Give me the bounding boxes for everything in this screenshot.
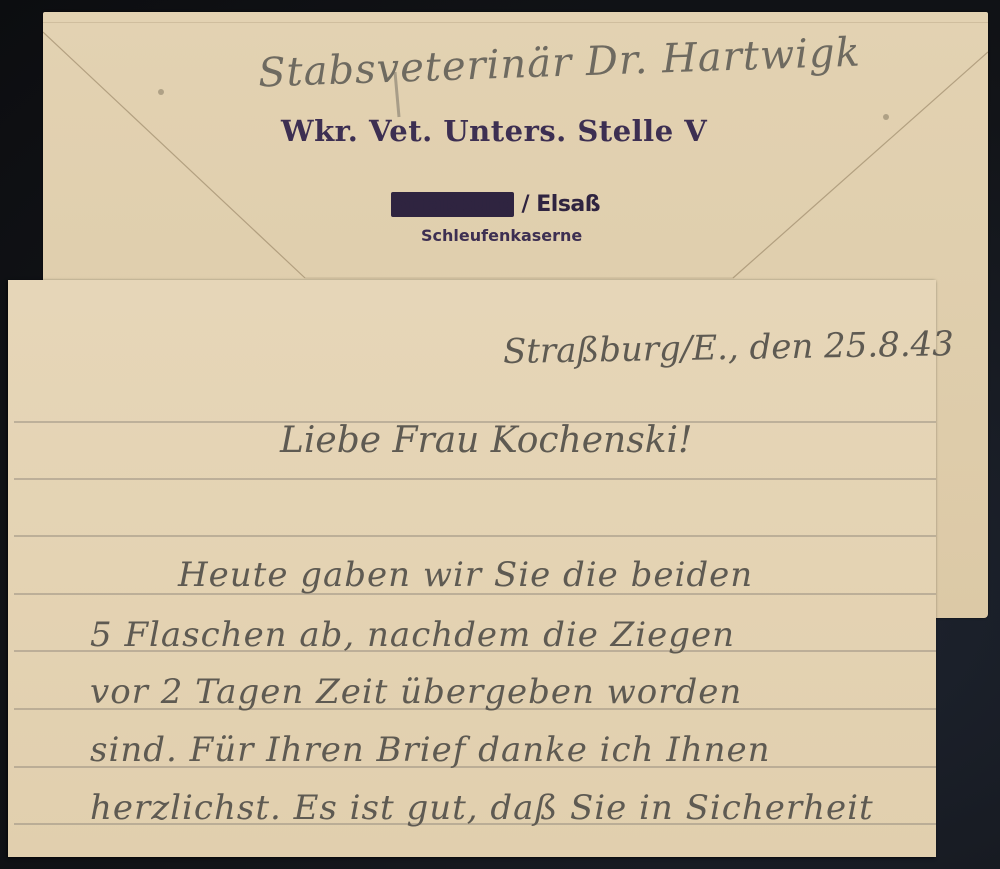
handwritten-sender-name: Stabsveterinär Dr. Hartwigk (257, 29, 861, 96)
letter-body-line: 5 Flaschen ab, nachdem die Ziegen (90, 615, 735, 655)
letter-body-line: herzlichst. Es ist gut, daß Sie in Siche… (90, 788, 874, 828)
ruled-line (14, 478, 936, 480)
ruled-line (14, 535, 936, 537)
document-scan: Stabsveterinär Dr. Hartwigk Wkr. Vet. Un… (0, 0, 1000, 869)
stamp-city: Straßburg / Elsaß (391, 192, 600, 217)
letter-body-line: vor 2 Tagen Zeit übergeben worden (90, 672, 742, 712)
letter-salutation: Liebe Frau Kochenski! (280, 420, 693, 461)
letter-date-line: Straßburg/E., den 25.8.43 (503, 324, 955, 372)
letter-sheet: Straßburg/E., den 25.8.43 Liebe Frau Koc… (8, 280, 936, 857)
letter-body-line: Heute gaben wir Sie die beiden (178, 555, 753, 595)
stamp-city-redacted: Straßburg (391, 192, 514, 217)
stamp-office-name: Wkr. Vet. Unters. Stelle V (281, 114, 707, 148)
letter-body-line: sind. Für Ihren Brief danke ich Ihnen (90, 730, 771, 770)
stamp-barracks: Schleufenkaserne (421, 226, 582, 245)
stamp-region: / Elsaß (514, 192, 600, 217)
